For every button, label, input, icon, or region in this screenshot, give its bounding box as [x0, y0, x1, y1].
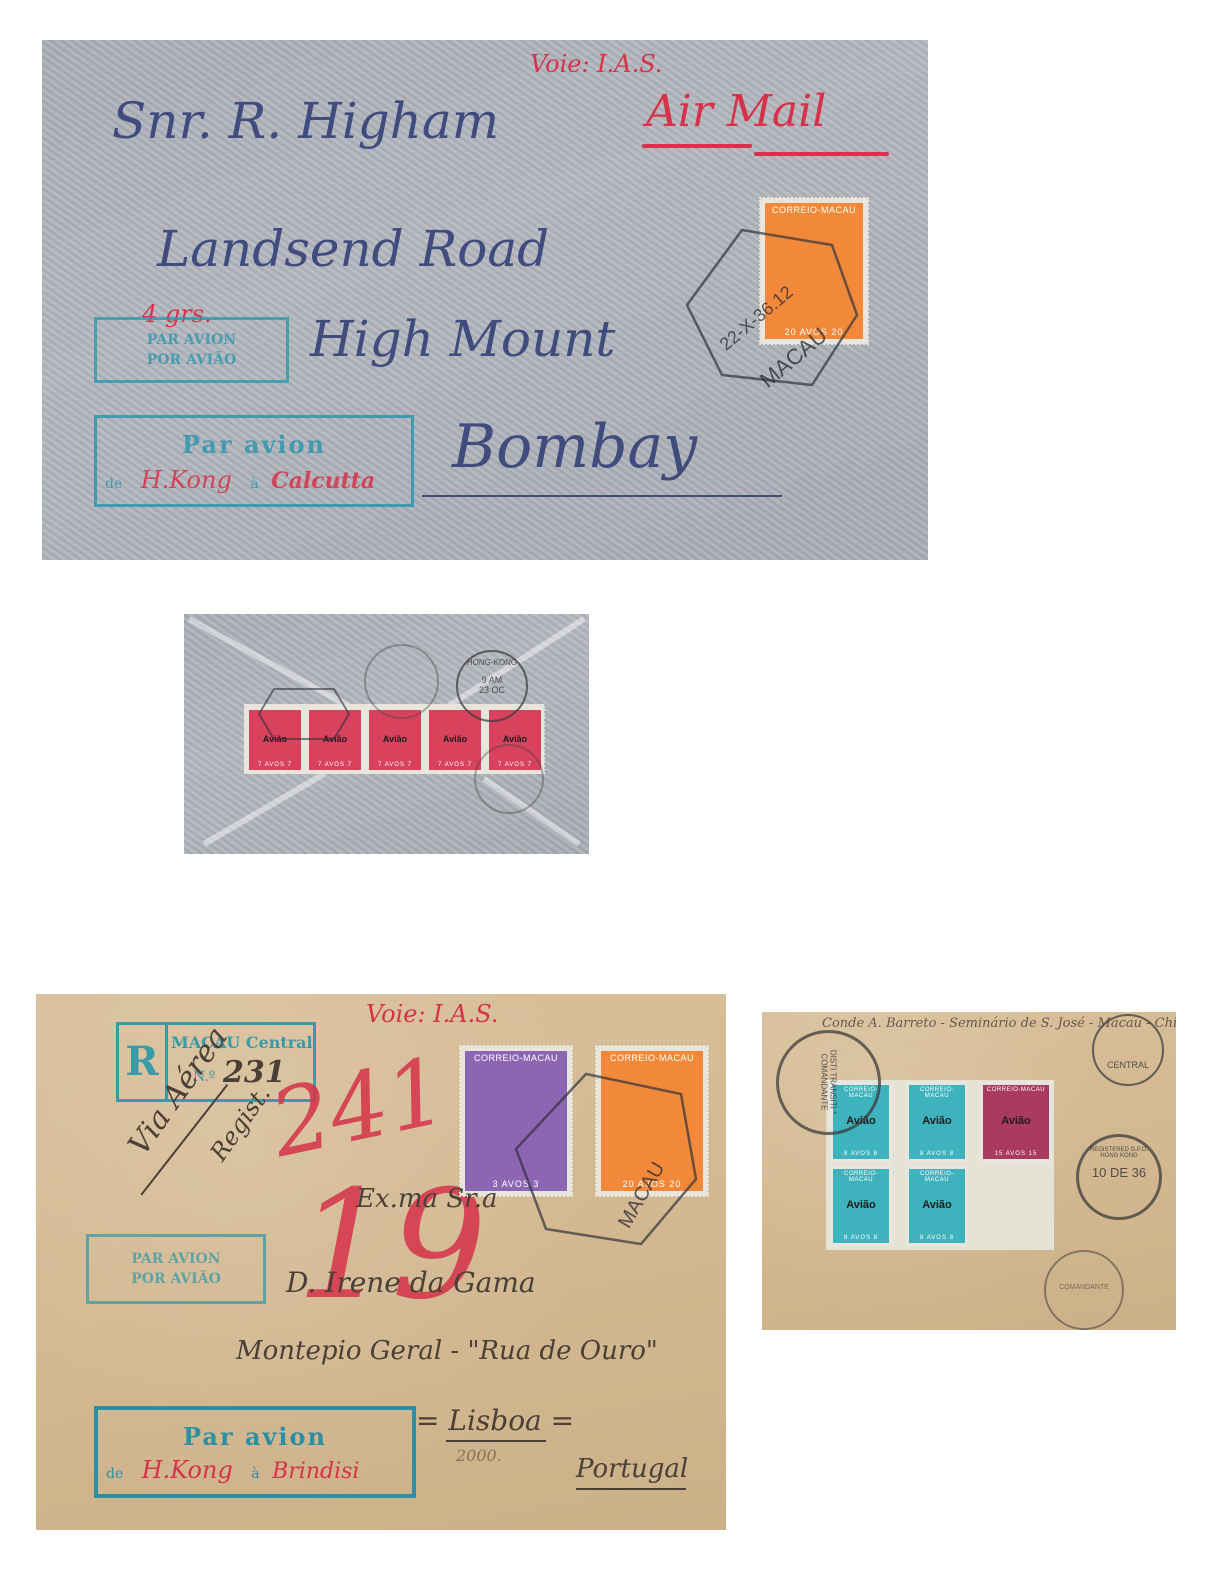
routing-note: Voie: I.A.S.	[530, 50, 662, 78]
address-line-4: = Lisboa =	[416, 1404, 574, 1437]
postmark-macau-hexagon	[511, 1069, 701, 1249]
postmark-text: DISTI TRANSITI * COMANDANTE	[820, 1033, 838, 1132]
stamp-value: 8 AVOS 8	[909, 1235, 965, 1241]
address-line-2: D. Irene da Gama	[286, 1266, 536, 1299]
postmark-date: 10 DE 36	[1079, 1165, 1159, 1180]
stamp-header: CORREIO-MACAU	[601, 1053, 703, 1063]
address-extra: 2000.	[456, 1446, 502, 1465]
cachet-to-label: à	[250, 476, 258, 492]
cachet-route: de H.Kong à Calcutta	[105, 466, 375, 494]
address-underline	[422, 495, 782, 497]
cachet-from-label: de	[106, 1466, 123, 1482]
cachet-from-label: de	[105, 476, 122, 492]
postmark-comandante: COMANDANTE	[1044, 1250, 1124, 1330]
stamp-15-avos: CORREIO-MACAU Avião 15 AVOS 15	[980, 1082, 1052, 1162]
postmark-text: HONG-KONG	[458, 658, 526, 667]
stamp-value: 7 AVOS 7	[309, 762, 361, 768]
postmark-faint	[364, 644, 439, 719]
postmark-text: COMANDANTE	[1046, 1284, 1122, 1291]
stamp-header: CORREIO-MACAU	[765, 205, 863, 215]
stamp-overprint: Avião	[983, 1115, 1049, 1127]
cachet-from: H.Kong	[141, 466, 232, 494]
stamp-8-avos: CORREIO-MACAU Avião 8 AVOS 8	[906, 1082, 968, 1162]
stamp-value: 8 AVOS 8	[833, 1151, 889, 1157]
address-line-1: Snr. R. Higham	[112, 92, 499, 150]
address-line-1: Ex.ma Sr.a	[356, 1184, 497, 1214]
cachet-par-avion-small: PAR AVION POR AVIÃO	[94, 317, 289, 383]
cachet-line-2: POR AVIÃO	[97, 350, 286, 370]
cachet-line-1: PAR AVION	[97, 330, 286, 350]
address-line-5: Portugal	[576, 1454, 688, 1484]
address-underline	[446, 1440, 546, 1442]
airmail-underline	[642, 144, 752, 148]
postmark-macau-hexagon	[254, 684, 354, 744]
cover-1-front: Voie: I.A.S. Air Mail Snr. R. Higham Lan…	[42, 40, 928, 560]
cachet-route: de H.Kong à Brindisi	[106, 1456, 359, 1484]
stamp-header: CORREIO-MACAU	[909, 1171, 965, 1183]
stamp-value: 7 AVOS 7	[249, 762, 301, 768]
stamp-8-avos: CORREIO-MACAU Avião 8 AVOS 8	[906, 1166, 968, 1246]
stamp-8-avos: CORREIO-MACAU Avião 8 AVOS 8	[830, 1166, 892, 1246]
cachet-line-1: PAR AVION	[89, 1249, 263, 1269]
postmark-text: CENTRAL	[1094, 1060, 1162, 1070]
address-underline	[576, 1488, 686, 1490]
postmark-central: CENTRAL	[1092, 1014, 1164, 1086]
stamp-overprint: Avião	[909, 1199, 965, 1211]
airmail-label: Air Mail	[646, 86, 826, 137]
cover-1-back: Avião 7 AVOS 7 Avião 7 AVOS 7 Avião 7 AV…	[184, 614, 589, 854]
postmark-transit: DISTI TRANSITI * COMANDANTE	[776, 1030, 881, 1135]
stamp-overprint: Avião	[909, 1115, 965, 1127]
postmark-faint	[474, 744, 544, 814]
address-line-3: Montepio Geral - "Rua de Ouro"	[236, 1336, 658, 1366]
postmark-registered-hong-kong: REGISTERED G.P.O. HONG KONG 10 DE 36	[1076, 1134, 1162, 1220]
address-line-2: Landsend Road	[157, 220, 549, 278]
postmark-hong-kong: HONG-KONG 9 AM 23 OC	[456, 650, 528, 722]
cachet-from: H.Kong	[142, 1456, 233, 1484]
cachet-par-avion-small: PAR AVION POR AVIÃO	[86, 1234, 266, 1304]
cover-2-back: Conde A. Barreto - Seminário de S. José …	[762, 1012, 1176, 1330]
cachet-title: Par avion	[98, 1422, 412, 1451]
cachet-par-avion-large: Par avion de H.Kong à Brindisi	[94, 1406, 416, 1498]
address-line-4: Bombay	[452, 412, 697, 482]
stamp-value: 7 AVOS 7	[429, 762, 481, 768]
cachet-title: Par avion	[97, 430, 411, 459]
stamp-overprint: Avião	[369, 734, 421, 744]
stamp-overprint: Avião	[833, 1199, 889, 1211]
cachet-par-avion-large: Par avion de H.Kong à Calcutta	[94, 415, 414, 507]
stamp-header: CORREIO-MACAU	[465, 1053, 567, 1063]
cachet-to: Calcutta	[271, 468, 375, 494]
stamp-value: 8 AVOS 8	[909, 1151, 965, 1157]
cachet-to: Brindisi	[272, 1459, 359, 1484]
postmark-date: 23 OC	[458, 685, 526, 695]
stamp-header: CORREIO-MACAU	[983, 1087, 1049, 1093]
address-line-3: High Mount	[310, 310, 616, 368]
postmark-time: 9 AM	[458, 675, 526, 685]
postmark-text: REGISTERED G.P.O. HONG KONG	[1079, 1147, 1159, 1159]
stamp-value: 15 AVOS 15	[983, 1151, 1049, 1157]
routing-note: Voie: I.A.S.	[366, 1000, 498, 1028]
stamp-overprint: Avião	[489, 734, 541, 744]
stamp-overprint: Avião	[429, 734, 481, 744]
airmail-underline	[754, 152, 889, 156]
stamp-value: 8 AVOS 8	[833, 1235, 889, 1241]
cachet-to-label: à	[251, 1466, 259, 1482]
stamp-header: CORREIO-MACAU	[909, 1087, 965, 1099]
stamp-value: 7 AVOS 7	[369, 762, 421, 768]
cachet-line-2: POR AVIÃO	[89, 1269, 263, 1289]
cover-2-front: Voie: I.A.S. R MACAU Central N.º 231 Via…	[36, 994, 726, 1530]
stamp-header: CORREIO-MACAU	[833, 1171, 889, 1183]
